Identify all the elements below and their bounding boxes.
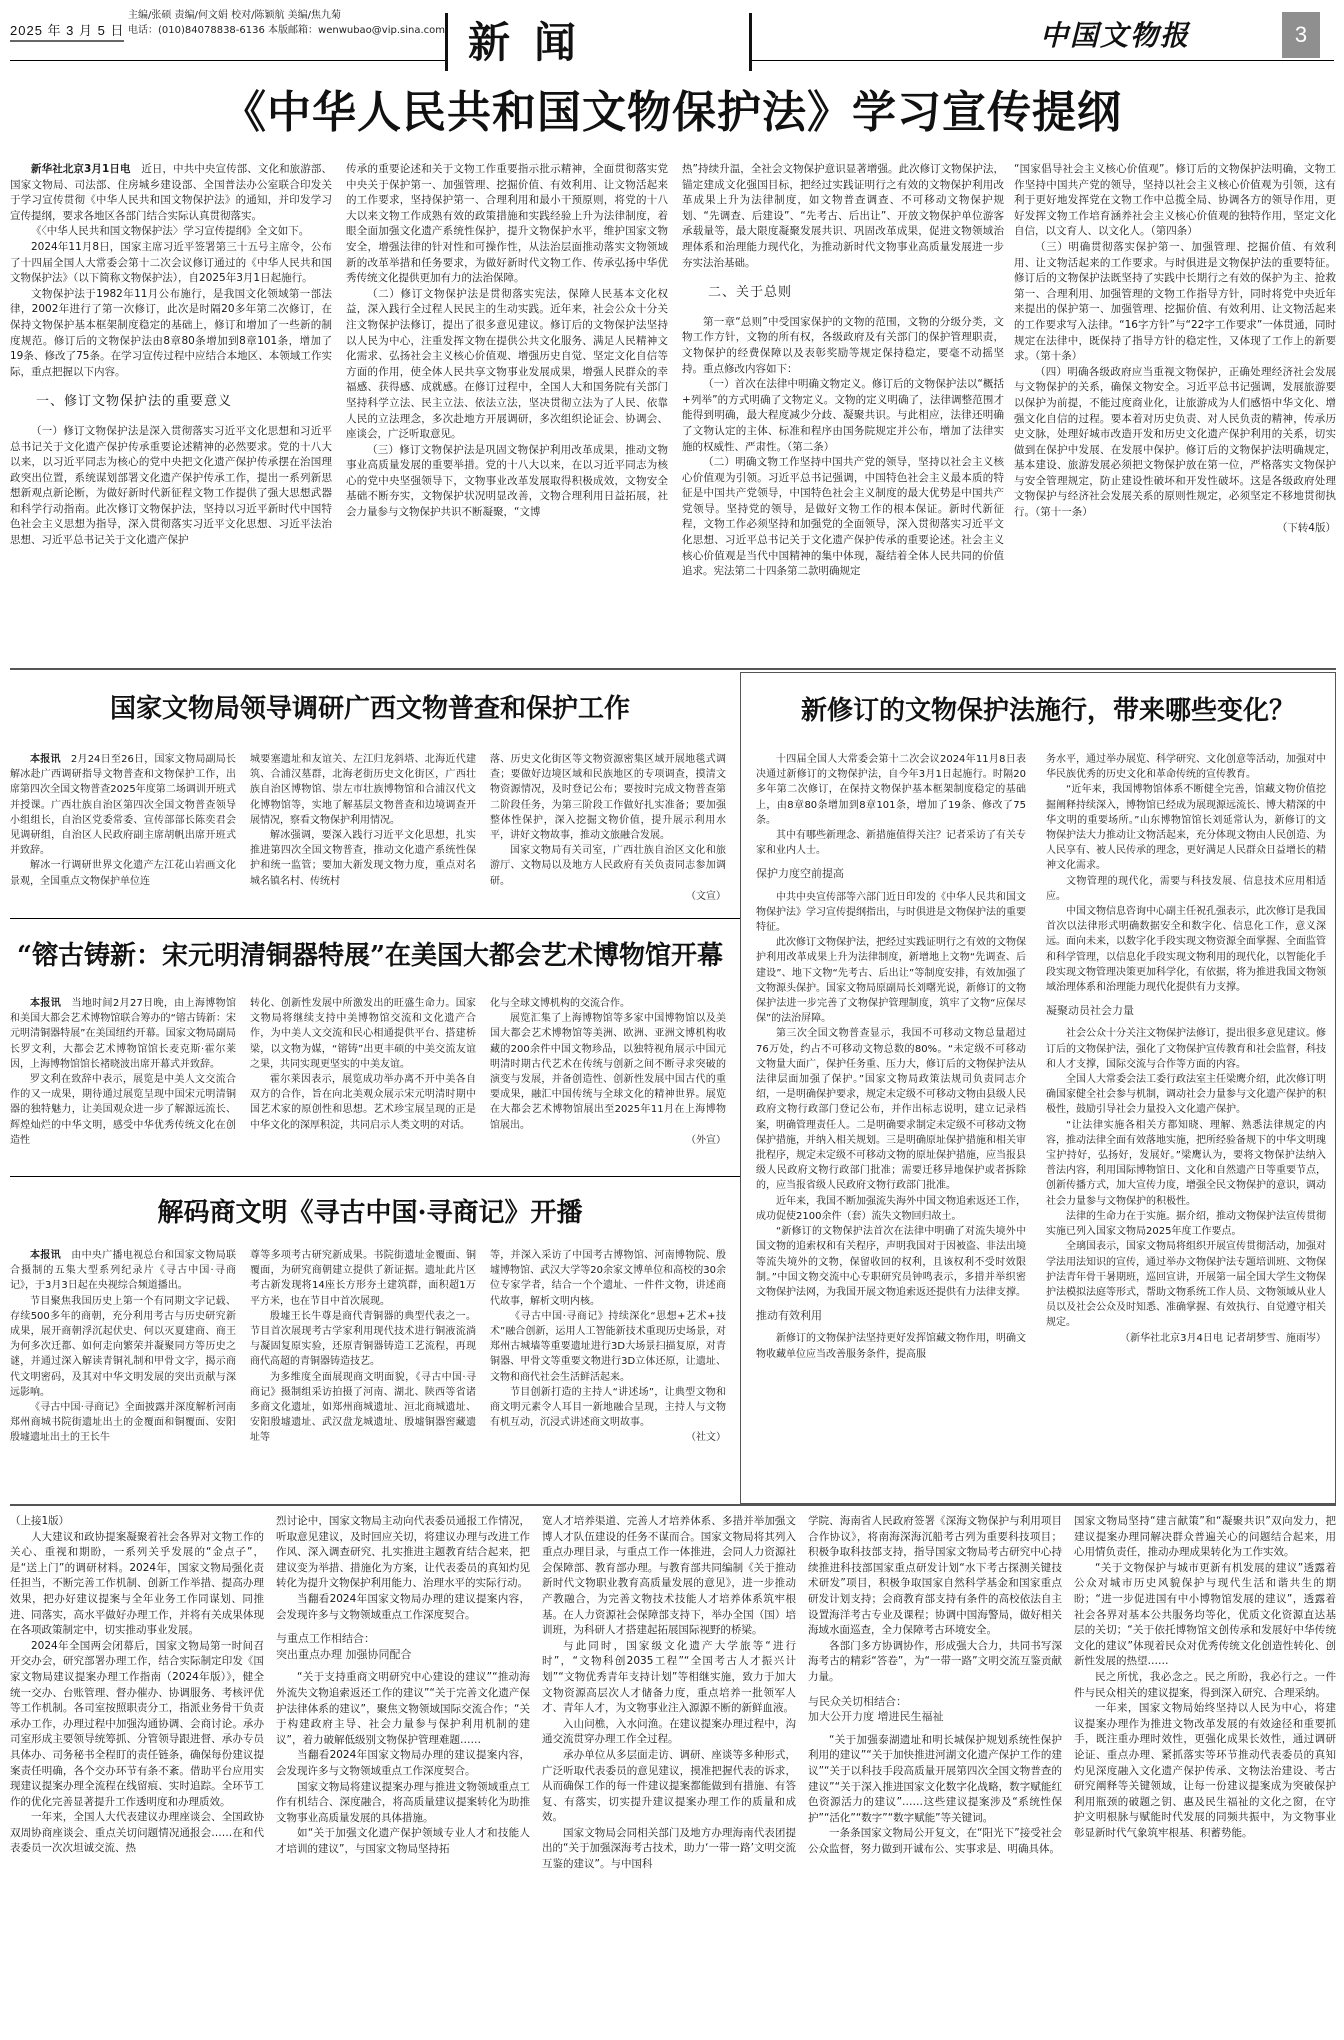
met-col2: 转化、创新性发展中所激发出的旺盛生命力。国家文物局将继续支持中美博物馆交流和文化… bbox=[250, 996, 476, 1164]
byline: （社文） bbox=[490, 1430, 726, 1445]
byline: （文宣） bbox=[490, 889, 726, 904]
paragraph-text: 各部门多方协调协作，形成强大合力，共同书写深海考古的精彩“答卷”，为“一带一路”… bbox=[808, 1640, 1062, 1683]
paragraph: 一年来，国家文物局始终坚持以人民为中心，将建议提案办理作为推进文物改革发展的有效… bbox=[1074, 1701, 1336, 1841]
paragraph: 尊等多项考古研究新成果。书院街遗址金覆面、铜覆面，为研究商朝建立提供了新证据。遗… bbox=[250, 1248, 476, 1309]
masthead-rule bbox=[10, 60, 445, 61]
paragraph-text: 与重点工作相结合：突出重点办理 加强协同配合 bbox=[276, 1632, 412, 1661]
paragraph-text: 国家文物局坚持“建言献策”和“凝聚共识”双向发力，把建议提案办理同解决群众普遍关… bbox=[1074, 1515, 1336, 1558]
paragraph-text: 此次修订文物保护法，把经过实践证明行之有效的文物保护利用改革成果上升为法律制度，… bbox=[756, 937, 1026, 1024]
paragraph-text: 宽人才培养渠道、完善人才培养体系、多措并举加强文博人才队伍建设的任务不谋而合。国… bbox=[542, 1515, 796, 1636]
paragraph-text: （下转4版） bbox=[1277, 522, 1336, 534]
paragraph: 第三次全国文物普查显示，我国不可移动文物总量超过76万处，约占不可移动文物总数的… bbox=[756, 1026, 1026, 1193]
subheading: 凝聚动员社会力量 bbox=[1046, 1003, 1326, 1018]
subheading: 与民众关切相结合：加大公开力度 增进民生福祉 bbox=[808, 1694, 1062, 1725]
paragraph: “关于文物保护与城市更新有机发展的建议”透露着公众对城市历史风貌保护与现代生活和… bbox=[1074, 1561, 1336, 1670]
dateline: 本报讯 bbox=[30, 998, 61, 1009]
met-col1: 本报讯 当地时间2月27日晚，由上海博物馆和美国大都会艺术博物馆联合筹办的“镕古… bbox=[10, 996, 236, 1164]
paragraph-text: 法律的生命力在于实施。据介绍，推动文物保护法宣传贯彻实施已列入国家文物局2025… bbox=[1046, 1211, 1326, 1237]
paragraph: 2024年11月8日，国家主席习近平签署第三十五号主席令，公布了十四届全国人大常… bbox=[10, 240, 332, 287]
paragraph-text: 十四届全国人大常委会第十二次会议2024年11月8日表决通过新修订的文物保护法，… bbox=[756, 754, 1026, 826]
dateline: 新华社北京3月1日电 bbox=[31, 163, 131, 175]
paragraph: 解冰一行调研世界文化遗产左江花山岩画文化景观，全国重点文物保护单位连 bbox=[10, 858, 236, 888]
paragraph: 节目创新打造的主持人“讲述场”，让典型文物和商文明元素令人耳目一新地融合呈现，主… bbox=[490, 1385, 726, 1431]
paragraph-text: 节目创新打造的主持人“讲述场”，让典型文物和商文明元素令人耳目一新地融合呈现，主… bbox=[490, 1387, 726, 1428]
lead-article-col1: 新华社北京3月1日电 近日，中共中央宣传部、文化和旅游部、国家文物局、司法部、住… bbox=[10, 162, 332, 642]
paragraph: 全璃国表示，国家文物局将组织开展宣传贯彻活动，加强对学法用法知识的宣传，通过举办… bbox=[1046, 1239, 1326, 1330]
paragraph-text: 国家文物局将建议提案办理与推进文物领域重点工作有机结合、深度融合，将高质量建议提… bbox=[276, 1781, 530, 1824]
paragraph-text: 社会公众十分关注文物保护法修订，提出很多意见建议。修订后的文物保护法，强化了文物… bbox=[1046, 1028, 1326, 1069]
shang-col1: 本报讯 由中央广播电视总台和国家文物局联合摄制的五集大型系列纪录片《寻古中国·寻… bbox=[10, 1248, 236, 1488]
paragraph-text: 一年来，全国人大代表建议办理座谈会、全国政协双周协商座谈会、重点关切问题情况通报… bbox=[10, 1811, 264, 1854]
guangxi-headline: 国家文物局领导调研广西文物普查和保护工作 bbox=[0, 688, 740, 725]
paragraph-text: （三）明确贯彻落实保护第一、加强管理、挖掘价值、有效利用、让文物活起来的工作要求… bbox=[1014, 241, 1336, 362]
paragraph: 民之所忧，我必念之。民之所盼，我必行之。一件件与民众相关的建议提案，得到深入研究… bbox=[1074, 1670, 1336, 1701]
paragraph: 文物管理的现代化，需要与科技发展、信息技术应用相适应。 bbox=[1046, 874, 1326, 904]
paragraph: 第一章“总则”中受国家保护的文物的范围，文物的分级分类，文物工作方针，文物的所有… bbox=[682, 315, 1004, 377]
guangxi-col2: 城要塞遗址和友谊关、左江归龙斜塔、北海近代建筑、合浦汉墓群，北海老街历史文化街区… bbox=[250, 752, 476, 907]
dateline: 本报讯 bbox=[30, 754, 61, 765]
paragraph-text: “关于文物保护与城市更新有机发展的建议”透露着公众对城市历史风貌保护与现代生活和… bbox=[1074, 1562, 1336, 1668]
paragraph-text: 热”持续升温，全社会文物保护意识显著增强。此次修订文物保护法，锚定建成文化强国目… bbox=[682, 163, 1004, 269]
paragraph: 为多维度全面展现商文明面貌，《寻古中国·寻商记》摄制组采访拍摄了河南、湖北、陕西… bbox=[250, 1370, 476, 1446]
paragraph-text: 尊等多项考古研究新成果。书院街遗址金覆面、铜覆面，为研究商朝建立提供了新证据。遗… bbox=[250, 1250, 476, 1307]
lead-article-col2: 传承的重要论述和关于文物工作重要指示批示精神，全面贯彻落实党中央关于保护第一、加… bbox=[346, 162, 668, 642]
paragraph: 十四届全国人大常委会第十二次会议2024年11月8日表决通过新修订的文物保护法，… bbox=[756, 752, 1026, 828]
paragraph: 《〈中华人民共和国文物保护法〉学习宣传提纲》全文如下。 bbox=[10, 224, 332, 240]
newspaper-logo: 中国文物报 bbox=[1040, 14, 1190, 54]
paragraph-text: 解冰一行调研世界文化遗产左江花山岩画文化景观，全国重点文物保护单位连 bbox=[10, 860, 236, 886]
paragraph: 国家文物局会同相关部门及地方办理海南代表团提出的“关于加强深海考古技术，助力‘一… bbox=[542, 1826, 796, 1873]
paragraph-text: 近年来，我国不断加强流失海外中国文物追索返还工作，成功促使2100余件（套）流失… bbox=[756, 1196, 1026, 1222]
subheading: 推动有效利用 bbox=[756, 1308, 1026, 1323]
issue-date: 2025 年 3 月 5 日 bbox=[10, 20, 124, 42]
subheading: 与重点工作相结合：突出重点办理 加强协同配合 bbox=[276, 1631, 530, 1662]
paragraph: 国家文物局将建议提案办理与推进文物领域重点工作有机结合、深度融合，将高质量建议提… bbox=[276, 1780, 530, 1827]
paragraph: 化与全球文博机构的交流合作。 bbox=[490, 996, 726, 1011]
paragraph: 国家文物局有关司室，广西壮族自治区文化和旅游厅、文物局以及地方人民政府有关负责同… bbox=[490, 843, 726, 889]
paragraph-text: 其中有哪些新理念、新措施值得关注？记者采访了有关专家和业内人士。 bbox=[756, 830, 1026, 856]
page-number-badge: 3 bbox=[1282, 12, 1320, 58]
paragraph-text: （四）明确各级政府应当重视文物保护，正确处理经济社会发展与文物保护的关系，确保文… bbox=[1014, 366, 1336, 518]
paragraph: 传承的重要论述和关于文物工作重要指示批示精神，全面贯彻落实党中央关于保护第一、加… bbox=[346, 162, 668, 287]
paragraph: 一条条国家文物局公开复文，在“阳光下”接受社会公众监督，努力做到开诚布公、实事求… bbox=[808, 1826, 1062, 1857]
paragraph-text: 一、修订文物保护法的重要意义 bbox=[36, 394, 232, 409]
shang-col2: 尊等多项考古研究新成果。书院街遗址金覆面、铜覆面，为研究商朝建立提供了新证据。遗… bbox=[250, 1248, 476, 1488]
paragraph: “关于加强泰湖遗址和明长城保护规划系统性保护利用的建议”“关于加快推进河湖文化遗… bbox=[808, 1733, 1062, 1827]
article-divider bbox=[10, 918, 740, 919]
paragraph: （二）明确文物工作坚持中国共产党的领导，坚持以社会主义核心价值观为引领。习近平总… bbox=[682, 455, 1004, 580]
lead-article-col3: 热”持续升温，全社会文物保护意识显著增强。此次修订文物保护法，锚定建成文化强国目… bbox=[682, 162, 1004, 642]
paragraph-text: 展览汇集了上海博物馆等多家中国博物馆以及美国大都会艺术博物馆等美洲、欧洲、亚洲文… bbox=[490, 1013, 726, 1130]
paragraph: 热”持续升温，全社会文物保护意识显著增强。此次修订文物保护法，锚定建成文化强国目… bbox=[682, 162, 1004, 271]
paragraph: 烈讨论中，国家文物局主动向代表委员通报工作情况，听取意见建议，及时回应关切，将建… bbox=[276, 1514, 530, 1592]
paragraph-text: 烈讨论中，国家文物局主动向代表委员通报工作情况，听取意见建议，及时回应关切，将建… bbox=[276, 1515, 530, 1589]
paragraph-text: 殷墟王长牛尊是商代青铜器的典型代表之一。节目首次展现考古学家利用现代技术进行铜液… bbox=[250, 1311, 476, 1368]
paragraph: 等，并深入采访了中国考古博物馆、河南博物院、殷墟博物馆、武汉大学等20余家文博单… bbox=[490, 1248, 726, 1309]
paragraph-text: （二）明确文物工作坚持中国共产党的领导，坚持以社会主义核心价值观为引领。习近平总… bbox=[682, 456, 1004, 577]
paragraph-text: 推动有效利用 bbox=[756, 1309, 822, 1322]
paragraph: 此次修订文物保护法，把经过实践证明行之有效的文物保护利用改革成果上升为法律制度，… bbox=[756, 935, 1026, 1026]
guangxi-col3: 落、历史文化街区等文物资源密集区域开展地毯式调查；要做好边境区域和民族地区的专项… bbox=[490, 752, 726, 907]
paragraph: 如“关于加强文化遗产保护领域专业人才和技能人才培训的建议”，与国家文物局坚持拓 bbox=[276, 1826, 530, 1857]
paragraph-text: 2月24日至26日，国家文物局副局长解冰赴广西调研指导文物普查和文物保护工作，出… bbox=[10, 754, 236, 856]
paragraph: 罗文利在致辞中表示，展览是中美人文交流合作的又一成果，期待通过展览呈现中国宋元明… bbox=[10, 1072, 236, 1148]
paragraph-text: 如“关于加强文化遗产保护领域专业人才和技能人才培训的建议”，与国家文物局坚持拓 bbox=[276, 1827, 530, 1855]
paragraph: 全国人大常委会法工委行政法室主任梁鹰介绍，此次修订明确国家健全社会参与机制，调动… bbox=[1046, 1072, 1326, 1118]
article-divider bbox=[10, 1176, 740, 1177]
masthead: 2025 年 3 月 5 日 主编/张硕 责编/何文娟 校对/陈颖航 美编/焦九… bbox=[0, 0, 1344, 70]
paragraph: 节目聚焦我国历史上第一个有同期文字记载、存续500多年的商朝，充分利用考古与历史… bbox=[10, 1294, 236, 1400]
staff-contact: 电话：(010)84078838-6136 本版邮箱：wenwubao@vip.… bbox=[128, 23, 445, 38]
paragraph-text: （一）首次在法律中明确文物定义。修订后的文物保护法以“概括+列举”的方式明确了文… bbox=[682, 378, 1004, 452]
paragraph-text: 为多维度全面展现商文明面貌，《寻古中国·寻商记》摄制组采访拍摄了河南、湖北、陕西… bbox=[250, 1372, 476, 1444]
paragraph-text: 入山问樵，入水问渔。在建议提案办理过程中，沟通交流贯穿办理工作全过程。 bbox=[542, 1718, 796, 1746]
paragraph: 中共中央宣传部等六部门近日印发的《中华人民共和国文物保护法》学习宣传提纲指出，与… bbox=[756, 890, 1026, 936]
paragraph-text: “新修订的文物保护法首次在法律中明确了对流失境外中国文物的追索权和有关程序，声明… bbox=[756, 1226, 1026, 1298]
paragraph: 殷墟王长牛尊是商代青铜器的典型代表之一。节目首次展现考古学家利用现代技术进行铜液… bbox=[250, 1309, 476, 1370]
paragraph-text: 节目聚焦我国历史上第一个有同期文字记载、存续500多年的商朝，充分利用考古与历史… bbox=[10, 1296, 236, 1398]
subheading: 一、修订文物保护法的重要意义 bbox=[36, 394, 332, 410]
paragraph-text: 传承的重要论述和关于文物工作重要指示批示精神，全面贯彻落实党中央关于保护第一、加… bbox=[346, 163, 668, 284]
paragraph-text: 当翻看2024年国家文物局办理的建议提案内容，会发现许多与文物领域重点工作深度契… bbox=[276, 1593, 530, 1621]
paragraph-text: 文物管理的现代化，需要与科技发展、信息技术应用相适应。 bbox=[1046, 876, 1326, 902]
paragraph-text: （外宣） bbox=[686, 1135, 726, 1146]
paragraph-text: 学院、海南省人民政府签署《深海文物保护与利用项目合作协议》，将南海深海沉船考古列… bbox=[808, 1515, 1062, 1636]
paragraph: 国家文物局坚持“建言献策”和“凝聚共识”双向发力，把建议提案办理同解决群众普遍关… bbox=[1074, 1514, 1336, 1561]
paragraph: 《寻古中国·寻商记》持续深化“思想+艺术+技术”融合创新，运用人工智能新技术重现… bbox=[490, 1309, 726, 1385]
paragraph: “新修订的文物保护法首次在法律中明确了对流失境外中国文物的追索权和有关程序，声明… bbox=[756, 1224, 1026, 1300]
paragraph-text: 人大建议和政协提案凝聚着社会各界对文物工作的关心、重视和期盼，一系列关乎发展的“… bbox=[10, 1531, 264, 1637]
paragraph: 本报讯 由中央广播电视总台和国家文物局联合摄制的五集大型系列纪录片《寻古中国·寻… bbox=[10, 1248, 236, 1294]
paragraph: （三）修订文物保护法是巩固文物保护利用改革成果，推动文物事业高质量发展的重要举措… bbox=[346, 443, 668, 521]
subheading: 二、关于总则 bbox=[708, 285, 1004, 301]
paragraph: 霍尔莱因表示，展览成功举办离不开中美各自双方的合作，旨在向北美观众展示宋元明清时… bbox=[250, 1072, 476, 1133]
paragraph: （上接1版） bbox=[10, 1514, 264, 1530]
paragraph: 城要塞遗址和友谊关、左江归龙斜塔、北海近代建筑、合浦汉墓群，北海老街历史文化街区… bbox=[250, 752, 476, 828]
paragraph: （三）明确贯彻落实保护第一、加强管理、挖掘价值、有效利用、让文物活起来的工作要求… bbox=[1014, 240, 1336, 365]
masthead-divider bbox=[445, 13, 448, 71]
paragraph-text: （三）修订文物保护法是巩固文物保护利用改革成果，推动文物事业高质量发展的重要举措… bbox=[346, 444, 668, 518]
paragraph-text: 文物保护法于1982年11月公布施行，是我国文化领域第一部法律，2002年进行了… bbox=[10, 288, 332, 378]
paragraph-text: （二）修订文物保护法是贯彻落实宪法，保障人民基本文化权益，深入践行全过程人民民主… bbox=[346, 288, 668, 440]
proposals-col2: 烈讨论中，国家文物局主动向代表委员通报工作情况，听取意见建议，及时回应关切，将建… bbox=[276, 1514, 530, 2034]
paragraph: 入山问樵，入水问渔。在建议提案办理过程中，沟通交流贯穿办理工作全过程。 bbox=[542, 1717, 796, 1748]
paragraph: 《寻古中国·寻商记》全面披露并深度解析河南郑州商城书院街遗址出土的金覆面和铜覆面… bbox=[10, 1400, 236, 1446]
paragraph-text: 与此同时，国家级文化遗产大学旅等“进行时”，“文物科创2035工程”“全国考古人… bbox=[542, 1640, 796, 1714]
lead-article-col4: “国家倡导社会主义核心价值观”。修订后的文物保护法明确，文物工作坚持中国共产党的… bbox=[1014, 162, 1336, 658]
paragraph: 务水平，通过举办展览、科学研究、文化创意等活动，加强对中华民族优秀的历史文化和革… bbox=[1046, 752, 1326, 782]
byline: （新华社北京3月4日电 记者胡梦雪、施雨岑） bbox=[1046, 1331, 1326, 1346]
paragraph: 解冰强调，要深入践行习近平文化思想，扎实推进第四次全国文物普查，推动文化遗产系统… bbox=[250, 828, 476, 889]
paragraph: 落、历史文化街区等文物资源密集区域开展地毯式调查；要做好边境区域和民族地区的专项… bbox=[490, 752, 726, 843]
paragraph-text: 等，并深入采访了中国考古博物馆、河南博物院、殷墟博物馆、武汉大学等20余家文博单… bbox=[490, 1250, 726, 1307]
paragraph: 转化、创新性发展中所激发出的旺盛生命力。国家文物局将继续支持中美博物馆交流和文化… bbox=[250, 996, 476, 1072]
paragraph-text: 《〈中华人民共和国文物保护法〉学习宣传提纲》全文如下。 bbox=[31, 225, 309, 237]
byline: （下转4版） bbox=[1014, 521, 1336, 537]
section-title: 新闻 bbox=[468, 10, 600, 70]
paragraph-text: “让法律实施各相关方都知晓、理解、熟悉法律规定的内容，推动法律全面有效落地实施，… bbox=[1046, 1120, 1326, 1207]
paragraph: 各部门多方协调协作，形成强大合力，共同书写深海考古的精彩“答卷”，为“一带一路”… bbox=[808, 1639, 1062, 1686]
paragraph: 新修订的文物保护法坚持更好发挥馆藏文物作用，明确文物收藏单位应当改善服务条件，提… bbox=[756, 1331, 1026, 1361]
paragraph-text: 解冰强调，要深入践行习近平文化思想，扎实推进第四次全国文物普查，推动文化遗产系统… bbox=[250, 830, 476, 887]
shang-documentary-headline: 解码商文明《寻古中国·寻商记》开播 bbox=[0, 1192, 740, 1229]
masthead-rule bbox=[752, 60, 1334, 61]
paragraph-text: 第一章“总则”中受国家保护的文物的范围，文物的分级分类，文物工作方针，文物的所有… bbox=[682, 316, 1004, 375]
paragraph: 本报讯 2月24日至26日，国家文物局副局长解冰赴广西调研指导文物普查和文物保护… bbox=[10, 752, 236, 858]
paragraph-text: 化与全球文博机构的交流合作。 bbox=[490, 998, 630, 1009]
paragraph: 人大建议和政协提案凝聚着社会各界对文物工作的关心、重视和期盼，一系列关乎发展的“… bbox=[10, 1530, 264, 1639]
paragraph-text: 当翻看2024年国家文物局办理的建议提案内容，会发现许多与文物领域重点工作深度契… bbox=[276, 1749, 530, 1777]
paragraph-text: 全璃国表示，国家文物局将组织开展宣传贯彻活动，加强对学法用法知识的宣传，通过举办… bbox=[1046, 1241, 1326, 1328]
paragraph-text: 与民众关切相结合：加大公开力度 增进民生福祉 bbox=[808, 1695, 944, 1724]
paragraph-text: （一）修订文物保护法是深入贯彻落实习近平文化思想和习近平总书记关于文化遗产保护传… bbox=[10, 425, 332, 546]
paragraph: 新华社北京3月1日电 近日，中共中央宣传部、文化和旅游部、国家文物局、司法部、住… bbox=[10, 162, 332, 224]
paragraph: 本报讯 当地时间2月27日晚，由上海博物馆和美国大都会艺术博物馆联合筹办的“镕古… bbox=[10, 996, 236, 1072]
paragraph-text: 《寻古中国·寻商记》持续深化“思想+艺术+技术”融合创新，运用人工智能新技术重现… bbox=[490, 1311, 726, 1383]
paragraph-text: 务水平，通过举办展览、科学研究、文化创意等活动，加强对中华民族优秀的历史文化和革… bbox=[1046, 754, 1326, 780]
paragraph-text: （社文） bbox=[686, 1432, 726, 1443]
paragraph-text: 《寻古中国·寻商记》全面披露并深度解析河南郑州商城书院街遗址出土的金覆面和铜覆面… bbox=[10, 1402, 236, 1443]
paragraph-text: “国家倡导社会主义核心价值观”。修订后的文物保护法明确，文物工作坚持中国共产党的… bbox=[1014, 163, 1336, 237]
shang-col3: 等，并深入采访了中国考古博物馆、河南博物院、殷墟博物馆、武汉大学等20余家文博单… bbox=[490, 1248, 726, 1488]
paragraph-text: 新修订的文物保护法坚持更好发挥馆藏文物作用，明确文物收藏单位应当改善服务条件，提… bbox=[756, 1333, 1026, 1359]
paragraph: 社会公众十分关注文物保护法修订，提出很多意见建议。修订后的文物保护法，强化了文物… bbox=[1046, 1026, 1326, 1072]
paragraph-text: 一年来，国家文物局始终坚持以人民为中心，将建议提案办理作为推进文物改革发展的有效… bbox=[1074, 1702, 1336, 1839]
paragraph-text: 落、历史文化街区等文物资源密集区域开展地毯式调查；要做好边境区域和民族地区的专项… bbox=[490, 754, 726, 841]
paragraph: 宽人才培养渠道、完善人才培养体系、多措并举加强文博人才队伍建设的任务不谋而合。国… bbox=[542, 1514, 796, 1639]
paragraph: 承办单位从多层面走访、调研、座谈等多种形式，广泛听取代表委员的意见建议，摸准把握… bbox=[542, 1748, 796, 1826]
paragraph-text: 保护力度空前提高 bbox=[756, 867, 844, 880]
paragraph-text: （新华社北京3月4日电 记者胡梦雪、施雨岑） bbox=[1120, 1333, 1326, 1344]
guangxi-col1: 本报讯 2月24日至26日，国家文物局副局长解冰赴广西调研指导文物普查和文物保护… bbox=[10, 752, 236, 907]
subheading: 保护力度空前提高 bbox=[756, 866, 1026, 881]
lead-headline: 《中华人民共和国文物保护法》学习宣传提纲 bbox=[0, 76, 1344, 140]
byline: （外宣） bbox=[490, 1133, 726, 1148]
paragraph-text: “关于加强泰湖遗址和明长城保护规划系统性保护利用的建议”“关于加快推进河湖文化遗… bbox=[808, 1734, 1062, 1824]
paragraph-text: 2024年全国两会闭幕后，国家文物局第一时间召开交办会，研究部署办理工作，结合实… bbox=[10, 1640, 264, 1808]
paragraph: “让法律实施各相关方都知晓、理解、熟悉法律规定的内容，推动法律全面有效落地实施，… bbox=[1046, 1118, 1326, 1209]
law-changes-col1: 十四届全国人大常委会第十二次会议2024年11月8日表决通过新修订的文物保护法，… bbox=[756, 752, 1026, 1494]
paragraph-text: （文宣） bbox=[686, 891, 726, 902]
paragraph-text: “关于支持重商文明研究中心建设的建议”“推动海外流失文物追索返还工作的建议”“关… bbox=[276, 1671, 530, 1745]
paragraph: 一年来，全国人大代表建议办理座谈会、全国政协双周协商座谈会、重点关切问题情况通报… bbox=[10, 1810, 264, 1857]
paragraph-text: 承办单位从多层面走访、调研、座谈等多种形式，广泛听取代表委员的意见建议，摸准把握… bbox=[542, 1749, 796, 1823]
proposals-col4: 学院、海南省人民政府签署《深海文物保护与利用项目合作协议》，将南海深海沉船考古列… bbox=[808, 1514, 1062, 2034]
paragraph-text: 二、关于总则 bbox=[708, 285, 792, 300]
paragraph: 中国文物信息咨询中心副主任祝孔强表示，此次修订是我国首次以法律形式明确数据安全和… bbox=[1046, 904, 1326, 995]
paragraph: 当翻看2024年国家文物局办理的建议提案内容，会发现许多与文物领域重点工作深度契… bbox=[276, 1748, 530, 1779]
met-col3: 化与全球文博机构的交流合作。展览汇集了上海博物馆等多家中国博物馆以及美国大都会艺… bbox=[490, 996, 726, 1164]
paragraph-text: 城要塞遗址和友谊关、左江归龙斜塔、北海近代建筑、合浦汉墓群，北海老街历史文化街区… bbox=[250, 754, 476, 826]
law-changes-headline: 新修订的文物保护法施行，带来哪些变化？ bbox=[752, 690, 1344, 727]
staff-credits: 主编/张硕 责编/何文娟 校对/陈颖航 美编/焦九菊 电话：(010)84078… bbox=[128, 8, 445, 38]
paragraph-text: 中国文物信息咨询中心副主任祝孔强表示，此次修订是我国首次以法律形式明确数据安全和… bbox=[1046, 906, 1326, 993]
paragraph: 当翻看2024年国家文物局办理的建议提案内容，会发现许多与文物领域重点工作深度契… bbox=[276, 1592, 530, 1623]
paragraph-text: 凝聚动员社会力量 bbox=[1046, 1004, 1134, 1017]
proposals-col5: 国家文物局坚持“建言献策”和“凝聚共识”双向发力，把建议提案办理同解决群众普遍关… bbox=[1074, 1514, 1336, 2034]
paragraph: 文物保护法于1982年11月公布施行，是我国文化领域第一部法律，2002年进行了… bbox=[10, 287, 332, 381]
paragraph-text: 民之所忧，我必念之。民之所盼，我必行之。一件件与民众相关的建议提案，得到深入研究… bbox=[1074, 1671, 1336, 1699]
paragraph: 其中有哪些新理念、新措施值得关注？记者采访了有关专家和业内人士。 bbox=[756, 828, 1026, 858]
paragraph-text: 转化、创新性发展中所激发出的旺盛生命力。国家文物局将继续支持中美博物馆交流和文化… bbox=[250, 998, 476, 1070]
paragraph: （四）明确各级政府应当重视文物保护，正确处理经济社会发展与文物保护的关系，确保文… bbox=[1014, 365, 1336, 521]
paragraph: “关于支持重商文明研究中心建设的建议”“推动海外流失文物追索返还工作的建议”“关… bbox=[276, 1670, 530, 1748]
paragraph-text: 中共中央宣传部等六部门近日印发的《中华人民共和国文物保护法》学习宣传提纲指出，与… bbox=[756, 892, 1026, 933]
paragraph: （一）首次在法律中明确文物定义。修订后的文物保护法以“概括+列举”的方式明确了文… bbox=[682, 377, 1004, 455]
paragraph: “近年来，我国博物馆体系不断健全完善，馆藏文物价值挖掘阐释持续深入，博物馆已经成… bbox=[1046, 782, 1326, 873]
paragraph-text: 霍尔莱因表示，展览成功举办离不开中美各自双方的合作，旨在向北美观众展示宋元明清时… bbox=[250, 1074, 476, 1131]
paragraph: 法律的生命力在于实施。据介绍，推动文物保护法宣传贯彻实施已列入国家文物局2025… bbox=[1046, 1209, 1326, 1239]
paragraph: “国家倡导社会主义核心价值观”。修订后的文物保护法明确，文物工作坚持中国共产党的… bbox=[1014, 162, 1336, 240]
paragraph-text: 第三次全国文物普查显示，我国不可移动文物总量超过76万处，约占不可移动文物总数的… bbox=[756, 1028, 1026, 1191]
paragraph-text: “近年来，我国博物馆体系不断健全完善，馆藏文物价值挖掘阐释持续深入，博物馆已经成… bbox=[1046, 784, 1326, 871]
paragraph: （二）修订文物保护法是贯彻落实宪法，保障人民基本文化权益，深入践行全过程人民民主… bbox=[346, 287, 668, 443]
paragraph-text: 罗文利在致辞中表示，展览是中美人文交流合作的又一成果，期待通过展览呈现中国宋元明… bbox=[10, 1074, 236, 1146]
proposals-col1: （上接1版）人大建议和政协提案凝聚着社会各界对文物工作的关心、重视和期盼，一系列… bbox=[10, 1514, 264, 2034]
paragraph: （一）修订文物保护法是深入贯彻落实习近平文化思想和习近平总书记关于文化遗产保护传… bbox=[10, 424, 332, 549]
paragraph: 与此同时，国家级文化遗产大学旅等“进行时”，“文物科创2035工程”“全国考古人… bbox=[542, 1639, 796, 1717]
staff-editors: 主编/张硕 责编/何文娟 校对/陈颖航 美编/焦九菊 bbox=[128, 8, 445, 23]
paragraph-text: 国家文物局会同相关部门及地方办理海南代表团提出的“关于加强深海考古技术，助力‘一… bbox=[542, 1827, 796, 1870]
paragraph-text: 国家文物局有关司室，广西壮族自治区文化和旅游厅、文物局以及地方人民政府有关负责同… bbox=[490, 845, 726, 886]
section-divider bbox=[10, 668, 1336, 670]
paragraph: 学院、海南省人民政府签署《深海文物保护与利用项目合作协议》，将南海深海沉船考古列… bbox=[808, 1514, 1062, 1639]
masthead-divider bbox=[749, 13, 752, 71]
paragraph: 近年来，我国不断加强流失海外中国文物追索返还工作，成功促使2100余件（套）流失… bbox=[756, 1194, 1026, 1224]
paragraph-text: （上接1版） bbox=[10, 1515, 69, 1527]
paragraph-text: 2024年11月8日，国家主席习近平签署第三十五号主席令，公布了十四届全国人大常… bbox=[10, 241, 332, 284]
paragraph-text: 一条条国家文物局公开复文，在“阳光下”接受社会公众监督，努力做到开诚布公、实事求… bbox=[808, 1827, 1062, 1855]
met-exhibition-headline: “镕古铸新：宋元明清铜器特展”在美国大都会艺术博物馆开幕 bbox=[0, 935, 740, 972]
paragraph: 展览汇集了上海博物馆等多家中国博物馆以及美国大都会艺术博物馆等美洲、欧洲、亚洲文… bbox=[490, 1011, 726, 1133]
law-changes-col2: 务水平，通过举办展览、科学研究、文化创意等活动，加强对中华民族优秀的历史文化和革… bbox=[1046, 752, 1326, 1494]
paragraph: 2024年全国两会闭幕后，国家文物局第一时间召开交办会，研究部署办理工作，结合实… bbox=[10, 1639, 264, 1811]
dateline: 本报讯 bbox=[30, 1250, 61, 1261]
section-divider bbox=[10, 1504, 1336, 1506]
paragraph-text: 全国人大常委会法工委行政法室主任梁鹰介绍，此次修订明确国家健全社会参与机制，调动… bbox=[1046, 1074, 1326, 1115]
proposals-col3: 宽人才培养渠道、完善人才培养体系、多措并举加强文博人才队伍建设的任务不谋而合。国… bbox=[542, 1514, 796, 2034]
